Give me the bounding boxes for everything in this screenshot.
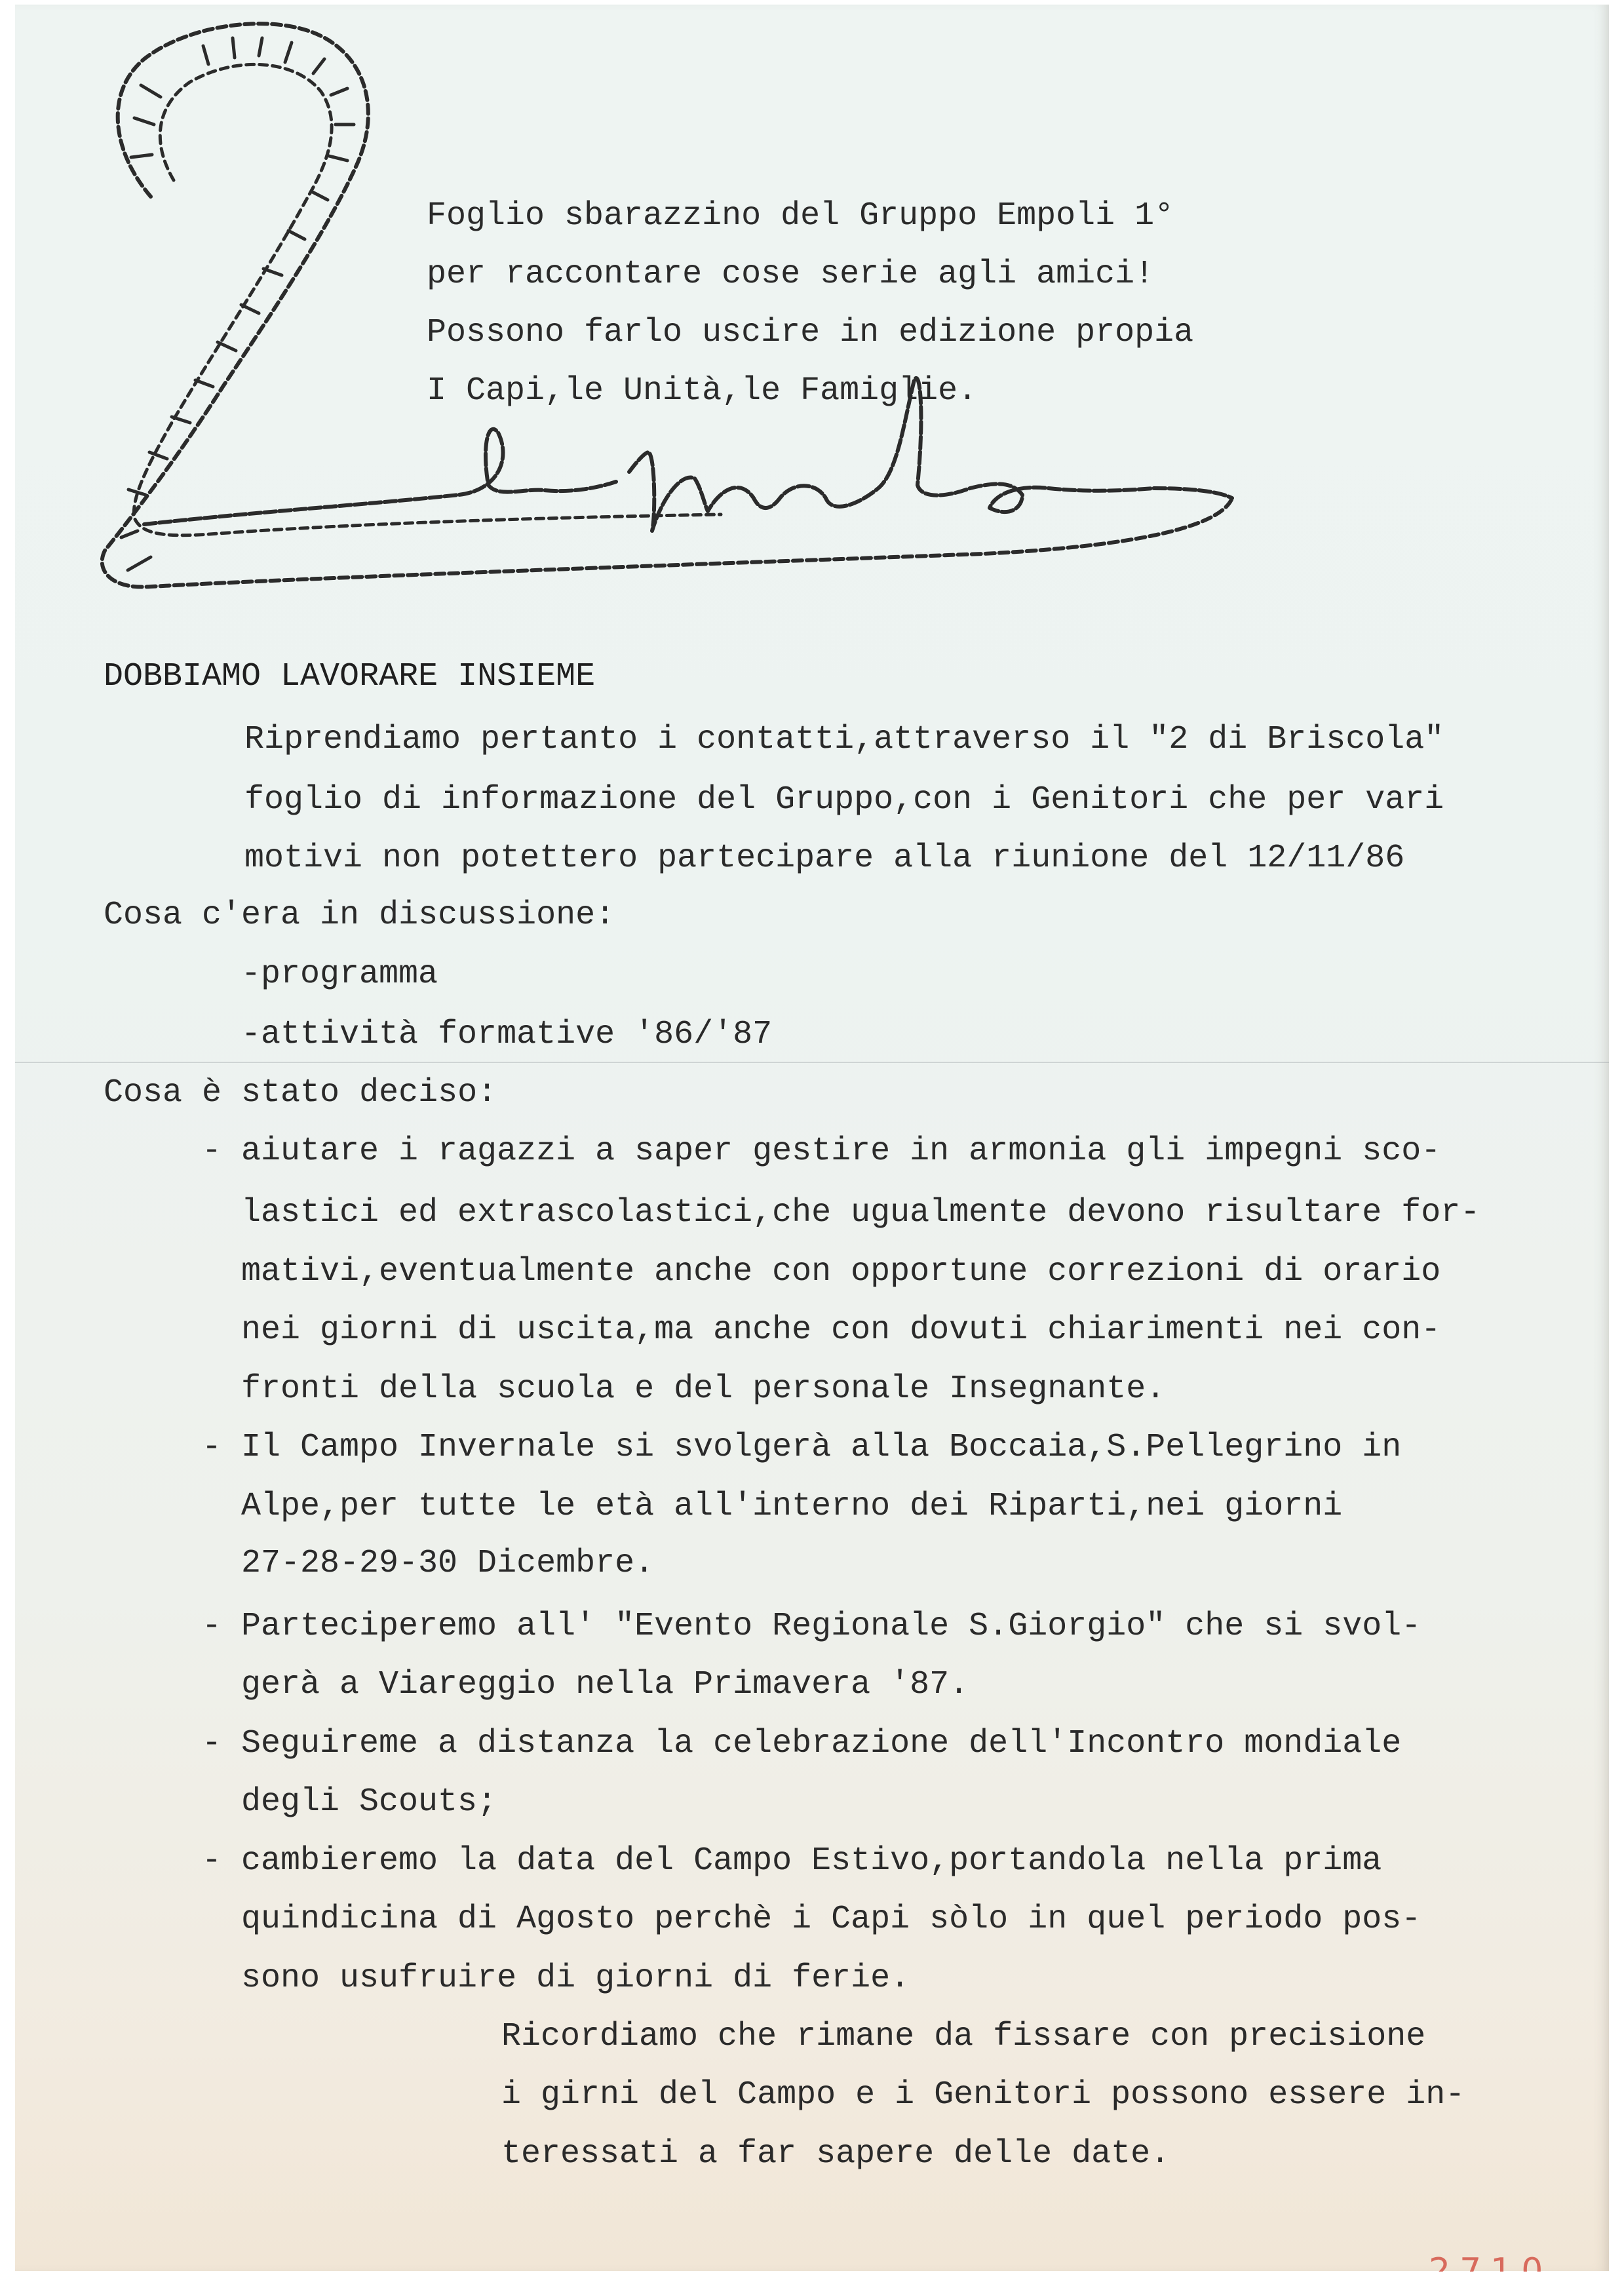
decision-line: mativi,eventualmente anche con opportune…	[241, 1252, 1440, 1292]
paragraph-line: foglio di informazione del Gruppo,con i …	[244, 781, 1444, 820]
paragraph-line: Riprendiamo pertanto i contatti,attraver…	[244, 720, 1444, 760]
section-heading: DOBBIAMO LAVORARE INSIEME	[104, 657, 595, 697]
decisions-label: Cosa è stato deciso:	[104, 1074, 497, 1113]
discussion-item: -programma	[241, 955, 438, 994]
bullet-dash: -	[202, 1724, 222, 1764]
decision-line: Seguireme a distanza la celebrazione del…	[241, 1724, 1401, 1764]
fold-line	[15, 1062, 1609, 1063]
decision-line: aiutare i ragazzi a saper gestire in arm…	[241, 1132, 1440, 1171]
closing-line: i girni del Campo e i Genitori possono e…	[501, 2076, 1465, 2115]
intro-line-3: Possono farlo uscire in edizione propia	[427, 313, 1193, 353]
handwritten-page-number: 2710	[1429, 2248, 1552, 2272]
decision-line: degli Scouts;	[241, 1783, 497, 1822]
intro-line-1: Foglio sbarazzino del Gruppo Empoli 1°	[427, 197, 1174, 236]
paragraph-line: motivi non potettero partecipare alla ri…	[244, 839, 1404, 878]
discussion-label: Cosa c'era in discussione:	[104, 896, 615, 935]
bullet-dash: -	[202, 1842, 222, 1881]
decision-line: lastici ed extrascolastici,che ugualment…	[241, 1193, 1480, 1233]
decision-line: fronti della scuola e del personale Inse…	[241, 1370, 1165, 1409]
decision-line: Il Campo Invernale si svolgerà alla Bocc…	[241, 1428, 1401, 1467]
decision-line: gerà a Viareggio nella Primavera '87.	[241, 1665, 969, 1705]
decision-line: 27-28-29-30 Dicembre.	[241, 1544, 654, 1583]
bullet-dash: -	[202, 1132, 222, 1171]
decision-line: Parteciperemo all' "Evento Regionale S.G…	[241, 1607, 1421, 1646]
intro-line-2: per raccontare cose serie agli amici!	[427, 255, 1154, 294]
closing-line: teressati a far sapere delle date.	[501, 2135, 1170, 2174]
bullet-dash: -	[202, 1428, 222, 1467]
decision-line: sono usufruire di giorni di ferie.	[241, 1959, 910, 1998]
decision-line: cambieremo la data del Campo Estivo,port…	[241, 1842, 1382, 1881]
intro-line-4: I Capi,le Unità,le Famiglie.	[427, 372, 977, 411]
decision-line: nei giorni di uscita,ma anche con dovuti…	[241, 1311, 1440, 1350]
closing-line: Ricordiamo che rimane da fissare con pre…	[501, 2017, 1425, 2057]
decision-line: quindicina di Agosto perchè i Capi sòlo …	[241, 1900, 1421, 1939]
discussion-item: -attività formative '86/'87	[241, 1015, 772, 1055]
bullet-dash: -	[202, 1607, 222, 1646]
decision-line: Alpe,per tutte le età all'interno dei Ri…	[241, 1487, 1342, 1526]
